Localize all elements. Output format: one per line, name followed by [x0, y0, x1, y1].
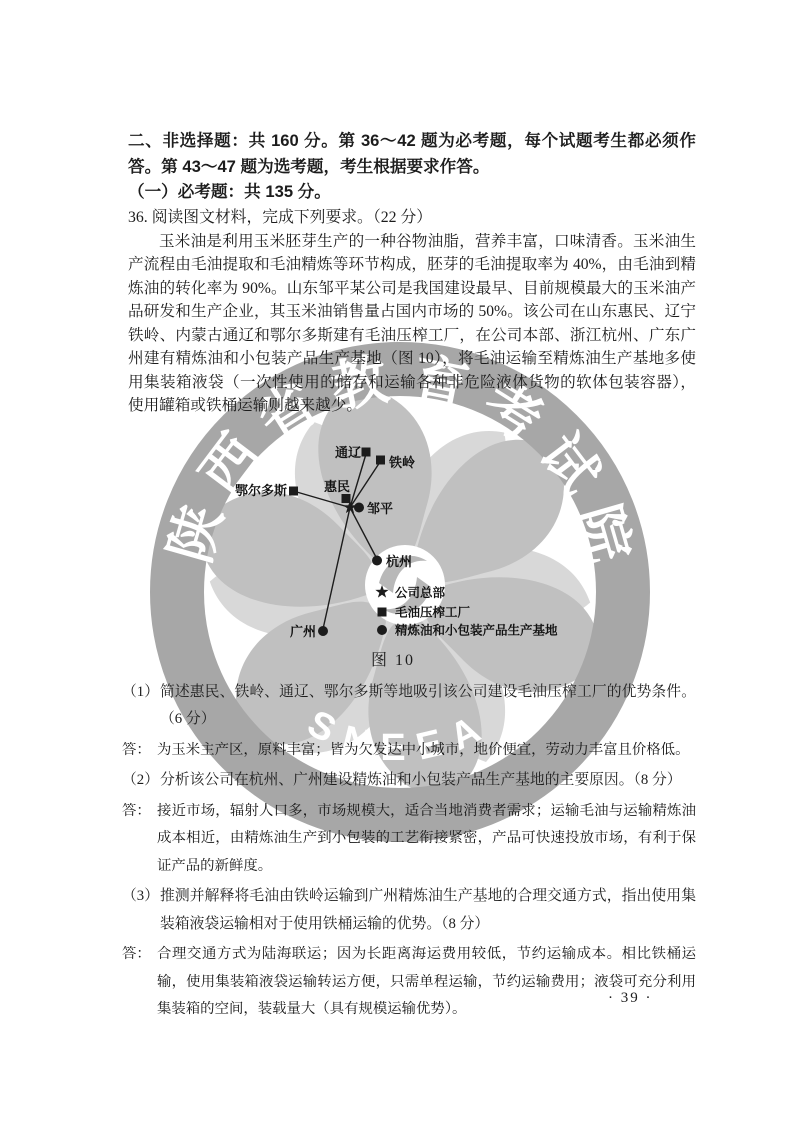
sub-question-3-text: 推测并解释将毛油由铁岭运输到广州精炼油生产基地的合理交通方式，指出使用集装箱液袋…	[160, 883, 696, 938]
city-label-tongliao: 通辽	[335, 445, 361, 460]
page-number: · 39 ·	[608, 990, 653, 1007]
city-label-tieling: 铁岭	[388, 455, 415, 470]
city-square-tongliao	[362, 447, 371, 456]
section-header: 二、非选择题：共 160 分。第 36～42 题为必考题，每个试题考生都必须作答…	[128, 128, 696, 179]
city-square-eerduosi	[289, 486, 298, 495]
sub-answer-1-label: 答：	[122, 737, 157, 765]
sub-question-3: （3） 推测并解释将毛油由铁岭运输到广州精炼油生产基地的合理交通方式，指出使用集…	[122, 883, 696, 938]
question-36-lead: 36. 阅读图文材料，完成下列要求。（22 分）	[128, 205, 696, 230]
city-circle-zouping	[354, 502, 364, 512]
sub-question-1-number: （1）	[122, 679, 160, 734]
content-column: 二、非选择题：共 160 分。第 36～42 题为必考题，每个试题考生都必须作答…	[122, 128, 696, 1024]
sub-answer-1: 答： 为玉米主产区，原料丰富；皆为欠发达中小城市，地价便宜，劳动力丰富且价格低。	[122, 737, 696, 765]
sub-answer-3: 答： 合理交通方式为陆海联运；因为长距离海运费用较低，节约运输成本。相比铁桶运输…	[122, 941, 696, 1024]
figure-10-map: 通辽 铁岭 鄂尔多斯 惠民 邹平 杭州 广州 公司总部	[223, 429, 591, 657]
sub-answer-1-text: 为玉米主产区，原料丰富；皆为欠发达中小城市，地价便宜，劳动力丰富且价格低。	[157, 737, 696, 765]
figure-10: 通辽 铁岭 鄂尔多斯 惠民 邹平 杭州 广州 公司总部	[122, 418, 696, 676]
sub-answer-2-text: 接近市场，辐射人口多，市场规模大，适合当地消费者需求；运输毛油与运输精炼油成本相…	[157, 798, 696, 881]
city-label-huimin: 惠民	[324, 479, 350, 494]
city-square-huimin	[342, 494, 351, 503]
sub-answer-3-text: 合理交通方式为陆海联运；因为长距离海运费用较低，节约运输成本。相比铁桶运输，使用…	[157, 941, 696, 1024]
legend-circle-icon	[377, 625, 387, 635]
sub-question-1-text: 简述惠民、铁岭、通辽、鄂尔多斯等地吸引该公司建设毛油压榨工厂的优势条件。（6 分…	[160, 679, 696, 734]
legend-label-headquarters: 公司总部	[395, 585, 446, 600]
city-circle-hangzhou	[372, 555, 382, 565]
map-legend: 公司总部 毛油压榨工厂 精炼油和小包装产品生产基地	[375, 585, 558, 638]
city-label-zouping: 邹平	[367, 501, 393, 516]
subsection-header: （一）必考题：共 135 分。	[128, 179, 696, 205]
sub-question-2-number: （2）	[122, 767, 160, 795]
legend-label-refined-oil-base: 精炼油和小包装产品生产基地	[394, 622, 558, 637]
legend-label-crude-oil-plant: 毛油压榨工厂	[395, 604, 471, 619]
legend-square-icon	[378, 607, 387, 616]
legend-star-icon	[375, 585, 388, 598]
sub-question-2-text: 分析该公司在杭州、广州建设精炼油和小包装产品生产基地的主要原因。（8 分）	[160, 767, 696, 795]
city-label-hangzhou: 杭州	[386, 554, 412, 569]
sub-question-3-number: （3）	[122, 883, 160, 938]
question-36-material: 玉米油是利用玉米胚芽生产的一种谷物油脂，营养丰富，口味清香。玉米油生产流程由毛油…	[128, 230, 696, 418]
sub-answer-2: 答： 接近市场，辐射人口多，市场规模大，适合当地消费者需求；运输毛油与运输精炼油…	[122, 798, 696, 881]
sub-question-1: （1） 简述惠民、铁岭、通辽、鄂尔多斯等地吸引该公司建设毛油压榨工厂的优势条件。…	[122, 679, 696, 734]
exam-page: 陕 西 省 教 育 考 试 院 SNEEA 二、非选择题：共 160 分。第 3…	[0, 0, 794, 1123]
sub-question-2: （2） 分析该公司在杭州、广州建设精炼油和小包装产品生产基地的主要原因。（8 分…	[122, 767, 696, 795]
city-square-tieling	[376, 455, 385, 464]
city-label-guangzhou: 广州	[290, 624, 316, 639]
sub-answer-3-label: 答：	[122, 941, 157, 1024]
sub-answer-2-label: 答：	[122, 798, 157, 881]
figure-10-caption: 图 10	[106, 647, 680, 670]
city-label-eerduosi: 鄂尔多斯	[235, 483, 287, 498]
city-circle-guangzhou	[318, 626, 328, 636]
